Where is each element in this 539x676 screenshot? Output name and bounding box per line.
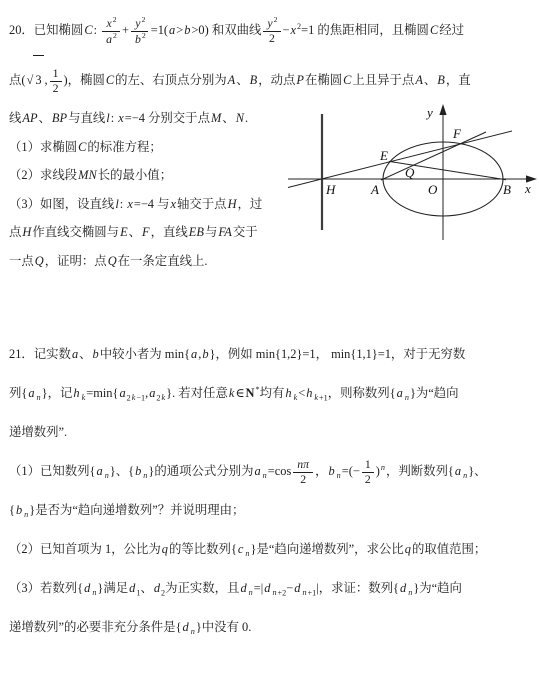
problem-20-parts: 线AP、BP与直线l: x=−4 分别交于点M、N.（1）求椭圆C的标准方程；（… [9, 104, 309, 275]
text-run: 上且异于点 [352, 73, 414, 87]
text-run: 列{ [9, 386, 27, 400]
text-run: 1 [53, 67, 59, 80]
math-var: x [117, 111, 125, 125]
math-var: b [15, 503, 23, 517]
superscript: 2 [113, 31, 117, 40]
text-line: 20．已知椭圆C: x2a2+y2b2=1(a>b>0) 和双曲线y22−x2=… [9, 6, 530, 55]
text-run: − [283, 23, 290, 37]
label-point-a: A [370, 182, 379, 197]
text-run: （3）如图，设直线 [9, 197, 114, 211]
math-var: C [77, 140, 87, 154]
math-var: MN [77, 168, 98, 182]
text-run: 与直线 [68, 111, 105, 125]
text-run: =min{ [86, 386, 118, 400]
math-var: H [21, 225, 32, 239]
radical-icon: √ [27, 56, 34, 105]
text-run: 2 [53, 82, 59, 95]
superscript: 2 [274, 15, 278, 24]
superscript: 2 [142, 15, 146, 24]
numerator: 1 [50, 67, 62, 82]
denominator: 2 [362, 473, 374, 487]
ellipse-diagram-svg: y x O A B H E F Q [281, 99, 539, 249]
math-var: E [119, 225, 129, 239]
math-var: x [170, 197, 178, 211]
math-var: C [429, 23, 439, 37]
text-run: 的等比数列{ [169, 542, 237, 556]
numerator: x2 [102, 16, 119, 32]
math-var: C [83, 23, 93, 37]
text-line: {bn}是否为“趋向递增数列”？并说明理由； [9, 495, 530, 526]
math-var: H [227, 197, 238, 211]
text-run: }、 [468, 464, 486, 478]
math-var: a [190, 347, 198, 361]
text-run: +1 [308, 588, 317, 597]
text-run: 经过 [439, 23, 464, 37]
text-run: =1 的焦距相同，且椭圆 [301, 23, 429, 37]
text-run: 、 [222, 111, 234, 125]
math-var: d [182, 620, 190, 634]
math-var: h [284, 386, 292, 400]
math-var: h [72, 386, 80, 400]
math-var: y [266, 17, 273, 30]
math-bold-set: N [245, 386, 256, 400]
math-var: a [96, 464, 104, 478]
text-run: }为“趋向 [413, 581, 462, 595]
text-line: （2）求线段MN长的最小值； [9, 161, 309, 190]
label-point-f: F [452, 126, 462, 141]
fraction: 12 [362, 458, 374, 487]
math-var: P [295, 73, 305, 87]
text-run: （1）求椭圆 [9, 140, 77, 154]
text-run: 2 [269, 32, 275, 45]
text-run: 2 [142, 15, 146, 24]
fraction: nπ2 [293, 458, 313, 487]
math-var: a [396, 386, 404, 400]
math-var: a [168, 23, 176, 37]
text-run: 、 [424, 73, 436, 87]
text-run: 2 [113, 15, 117, 24]
text-run: , [45, 73, 48, 87]
text-run: （2）求线段 [9, 168, 77, 182]
numerator: y2 [263, 16, 280, 32]
text-run: ，则称数列{ [328, 386, 396, 400]
text-run: 2 [113, 31, 117, 40]
math-var: d [399, 581, 407, 595]
label-y-axis: y [425, 105, 433, 120]
text-run: 2 [142, 31, 146, 40]
math-var: C [342, 73, 352, 87]
text-run: 在椭圆 [305, 73, 342, 87]
text-run: }为“趋向 [410, 386, 459, 400]
text-run: }. 若对任意 [166, 386, 228, 400]
y-axis-arrow-icon [439, 104, 446, 115]
superscript: 2 [142, 31, 146, 40]
text-run: ，证明：点 [45, 254, 107, 268]
text-run: }，例如 min{1,2}=1， min{1,1}=1，对于无穷数 [210, 347, 466, 361]
text-run: 1 [365, 458, 371, 471]
math-var: b [201, 347, 209, 361]
math-var: a [71, 347, 79, 361]
label-origin: O [428, 182, 438, 197]
subscript: 2k−1 [127, 393, 145, 402]
math-var: C [105, 73, 115, 87]
ellipse-diagram: y x O A B H E F Q [281, 99, 539, 249]
math-var: b [92, 347, 100, 361]
label-x-axis: x [524, 181, 531, 196]
text-run: =−4 分别交于点 [125, 111, 210, 125]
math-var: a [253, 464, 261, 478]
math-var: A [414, 73, 424, 87]
text-line: 一点Q，证明：点Q在一条定直线上. [9, 247, 309, 276]
text-line: 递增数列”的必要非充分条件是{dn}中没有 0. [9, 612, 530, 643]
text-run: 20．已知椭圆 [9, 23, 83, 37]
math-var: q [404, 542, 412, 556]
text-line: 列{an}，记hk=min{a2k−1,a2k}. 若对任意k∈N*均有hk<h… [9, 378, 530, 409]
text-line: （3）如图，设直线l: x=−4 与x轴交于点H，过 [9, 190, 309, 219]
text-run: }满足 [97, 581, 128, 595]
math-var: a [27, 386, 35, 400]
text-run: 2 [365, 473, 371, 486]
text-run: −1 [136, 393, 145, 402]
numerator: nπ [293, 458, 313, 473]
text-run: （2）已知首项为 1，公比为 [9, 542, 161, 556]
math-var: a [118, 386, 126, 400]
math-var: N [235, 111, 245, 125]
numerator: 1 [362, 458, 374, 473]
label-point-e: E [379, 148, 388, 163]
math-var: nπ [296, 458, 310, 471]
subscript: n+2 [271, 588, 286, 597]
text-run: }是否为“趋向递增数列”？并说明理由； [29, 503, 244, 517]
superscript: 2 [113, 15, 117, 24]
text-run: =cos [268, 464, 292, 478]
text-run: 、 [140, 581, 152, 595]
text-run: 、 [129, 225, 141, 239]
text-run: ， [315, 464, 327, 478]
math-var: B [436, 73, 446, 87]
text-run: 一点 [9, 254, 34, 268]
text-run: 2 [300, 473, 306, 486]
text-run: =−4 与 [134, 197, 170, 211]
denominator: a2 [102, 32, 120, 47]
text-line: 21．记实数a、b中较小者为 min{a,b}，例如 min{1,2}=1， m… [9, 339, 530, 370]
text-run: +1 [319, 393, 328, 402]
text-run: =| [254, 581, 263, 595]
math-var: x [290, 23, 298, 37]
math-var: AP [21, 111, 38, 125]
label-point-q: Q [405, 165, 415, 180]
numerator: y2 [131, 16, 148, 32]
text-run: 在一条定直线上. [118, 254, 208, 268]
text-run: ，过 [238, 197, 263, 211]
text-run: 轴交于点 [177, 197, 227, 211]
subscript: 2k [156, 393, 166, 402]
text-run: }中没有 0. [196, 620, 252, 634]
text-run: =1( [151, 23, 168, 37]
text-run: )，椭圆 [64, 73, 105, 87]
math-var: M [210, 111, 222, 125]
text-line: （2）已知首项为 1，公比为q的等比数列{cn}是“趋向递增数列”，求公比q的取… [9, 534, 530, 565]
text-run: 21．记实数 [9, 347, 71, 361]
problem-21: 21．记实数a、b中较小者为 min{a,b}，例如 min{1,2}=1， m… [9, 339, 530, 643]
document-page: 20．已知椭圆C: x2a2+y2b2=1(a>b>0) 和双曲线y22−x2=… [0, 0, 539, 676]
text-run: 递增数列”的必要非充分条件是{ [9, 620, 182, 634]
text-run: : [94, 23, 101, 37]
text-run: 与 [205, 225, 217, 239]
math-var: x [105, 17, 112, 30]
text-run: >0) 和双曲线 [191, 23, 261, 37]
denominator: 2 [297, 473, 309, 487]
text-run: 为正实数，且 [165, 581, 239, 595]
math-var: F [141, 225, 151, 239]
math-var: a [454, 464, 462, 478]
fraction: y2b2 [131, 16, 149, 47]
math-var: BP [51, 111, 68, 125]
text-run: |，求证：数列{ [316, 581, 399, 595]
math-var: a [105, 33, 113, 46]
fraction: x2a2 [102, 16, 120, 47]
text-run: ∈ [235, 386, 244, 400]
text-run: . [245, 111, 248, 125]
denominator: b2 [131, 32, 149, 47]
text-run: ，判断数列{ [386, 464, 454, 478]
text-run: 点( [9, 73, 26, 87]
text-run: （1）已知数列{ [9, 464, 96, 478]
math-var: y [134, 17, 141, 30]
math-var: d [153, 581, 161, 595]
text-run: 、 [39, 111, 51, 125]
text-run: }是“趋向递增数列”，求公比 [251, 542, 404, 556]
text-line: 线AP、BP与直线l: x=−4 分别交于点M、N. [9, 104, 309, 133]
text-run: 、 [236, 73, 248, 87]
math-var: EB [188, 225, 205, 239]
fraction: 12 [50, 67, 62, 96]
denominator: 2 [50, 82, 62, 96]
text-run: ，动点 [258, 73, 295, 87]
subscript: k+1 [313, 393, 327, 402]
text-run: }、{ [110, 464, 134, 478]
text-run: 线 [9, 111, 21, 125]
text-run: ，直线 [151, 225, 188, 239]
text-line: 递增数列”. [9, 417, 530, 448]
text-run: =(− [342, 464, 360, 478]
math-var: d [239, 581, 247, 595]
math-var: b [134, 33, 142, 46]
text-line: 点H作直线交椭圆与E、F，直线EB与FA交于 [9, 218, 309, 247]
text-run: 、 [79, 347, 91, 361]
text-run: 作直线交椭圆与 [32, 225, 119, 239]
math-var: q [161, 542, 169, 556]
text-run: 的取值范围； [412, 542, 486, 556]
fraction: y22 [263, 16, 280, 46]
text-run: 递增数列”. [9, 425, 67, 439]
label-point-h: H [325, 182, 336, 197]
text-run: 交于 [233, 225, 258, 239]
text-line: （1）求椭圆C的标准方程； [9, 133, 309, 162]
text-run: }，记 [42, 386, 73, 400]
text-run: 点 [9, 225, 21, 239]
problem-21-lines: 21．记实数a、b中较小者为 min{a,b}，例如 min{1,2}=1， m… [9, 339, 530, 643]
text-line: （1）已知数列{an}、{bn}的通项公式分别为an=cosnπ2，bn=(−1… [9, 456, 530, 487]
math-var: A [227, 73, 237, 87]
text-run: +2 [278, 588, 287, 597]
math-var: Q [34, 254, 45, 268]
math-var: FA [217, 225, 233, 239]
text-run: ，直 [446, 73, 471, 87]
math-var: Q [107, 254, 118, 268]
math-var: b [327, 464, 335, 478]
denominator: 2 [266, 32, 278, 46]
text-run: 的左、右顶点分别为 [115, 73, 227, 87]
square-root: √3 [27, 55, 44, 105]
text-run: + [122, 23, 129, 37]
text-run: 3 [35, 73, 41, 87]
subscript: n+1 [301, 588, 316, 597]
problem-20-intro: 20．已知椭圆C: x2a2+y2b2=1(a>b>0) 和双曲线y22−x2=… [9, 6, 530, 104]
text-run: 的标准方程； [87, 140, 161, 154]
label-point-b: B [503, 182, 511, 197]
math-var: x [126, 197, 134, 211]
math-var: B [249, 73, 259, 87]
radicand: 3 [33, 55, 43, 105]
text-run: 2 [274, 15, 278, 24]
text-line: （3）若数列{dn}满足d1、d2为正实数，且dn=|dn+2−dn+1|，求证… [9, 573, 530, 604]
text-run: }的通项公式分别为 [148, 464, 253, 478]
text-run: 中较小者为 min{ [100, 347, 190, 361]
text-line: 点(√3,12)，椭圆C的左、右顶点分别为A、B，动点P在椭圆C上且异于点A、B… [9, 55, 530, 104]
text-run: 长的最小值； [98, 168, 172, 182]
text-run: （3）若数列{ [9, 581, 83, 595]
text-run: 均有 [260, 386, 285, 400]
